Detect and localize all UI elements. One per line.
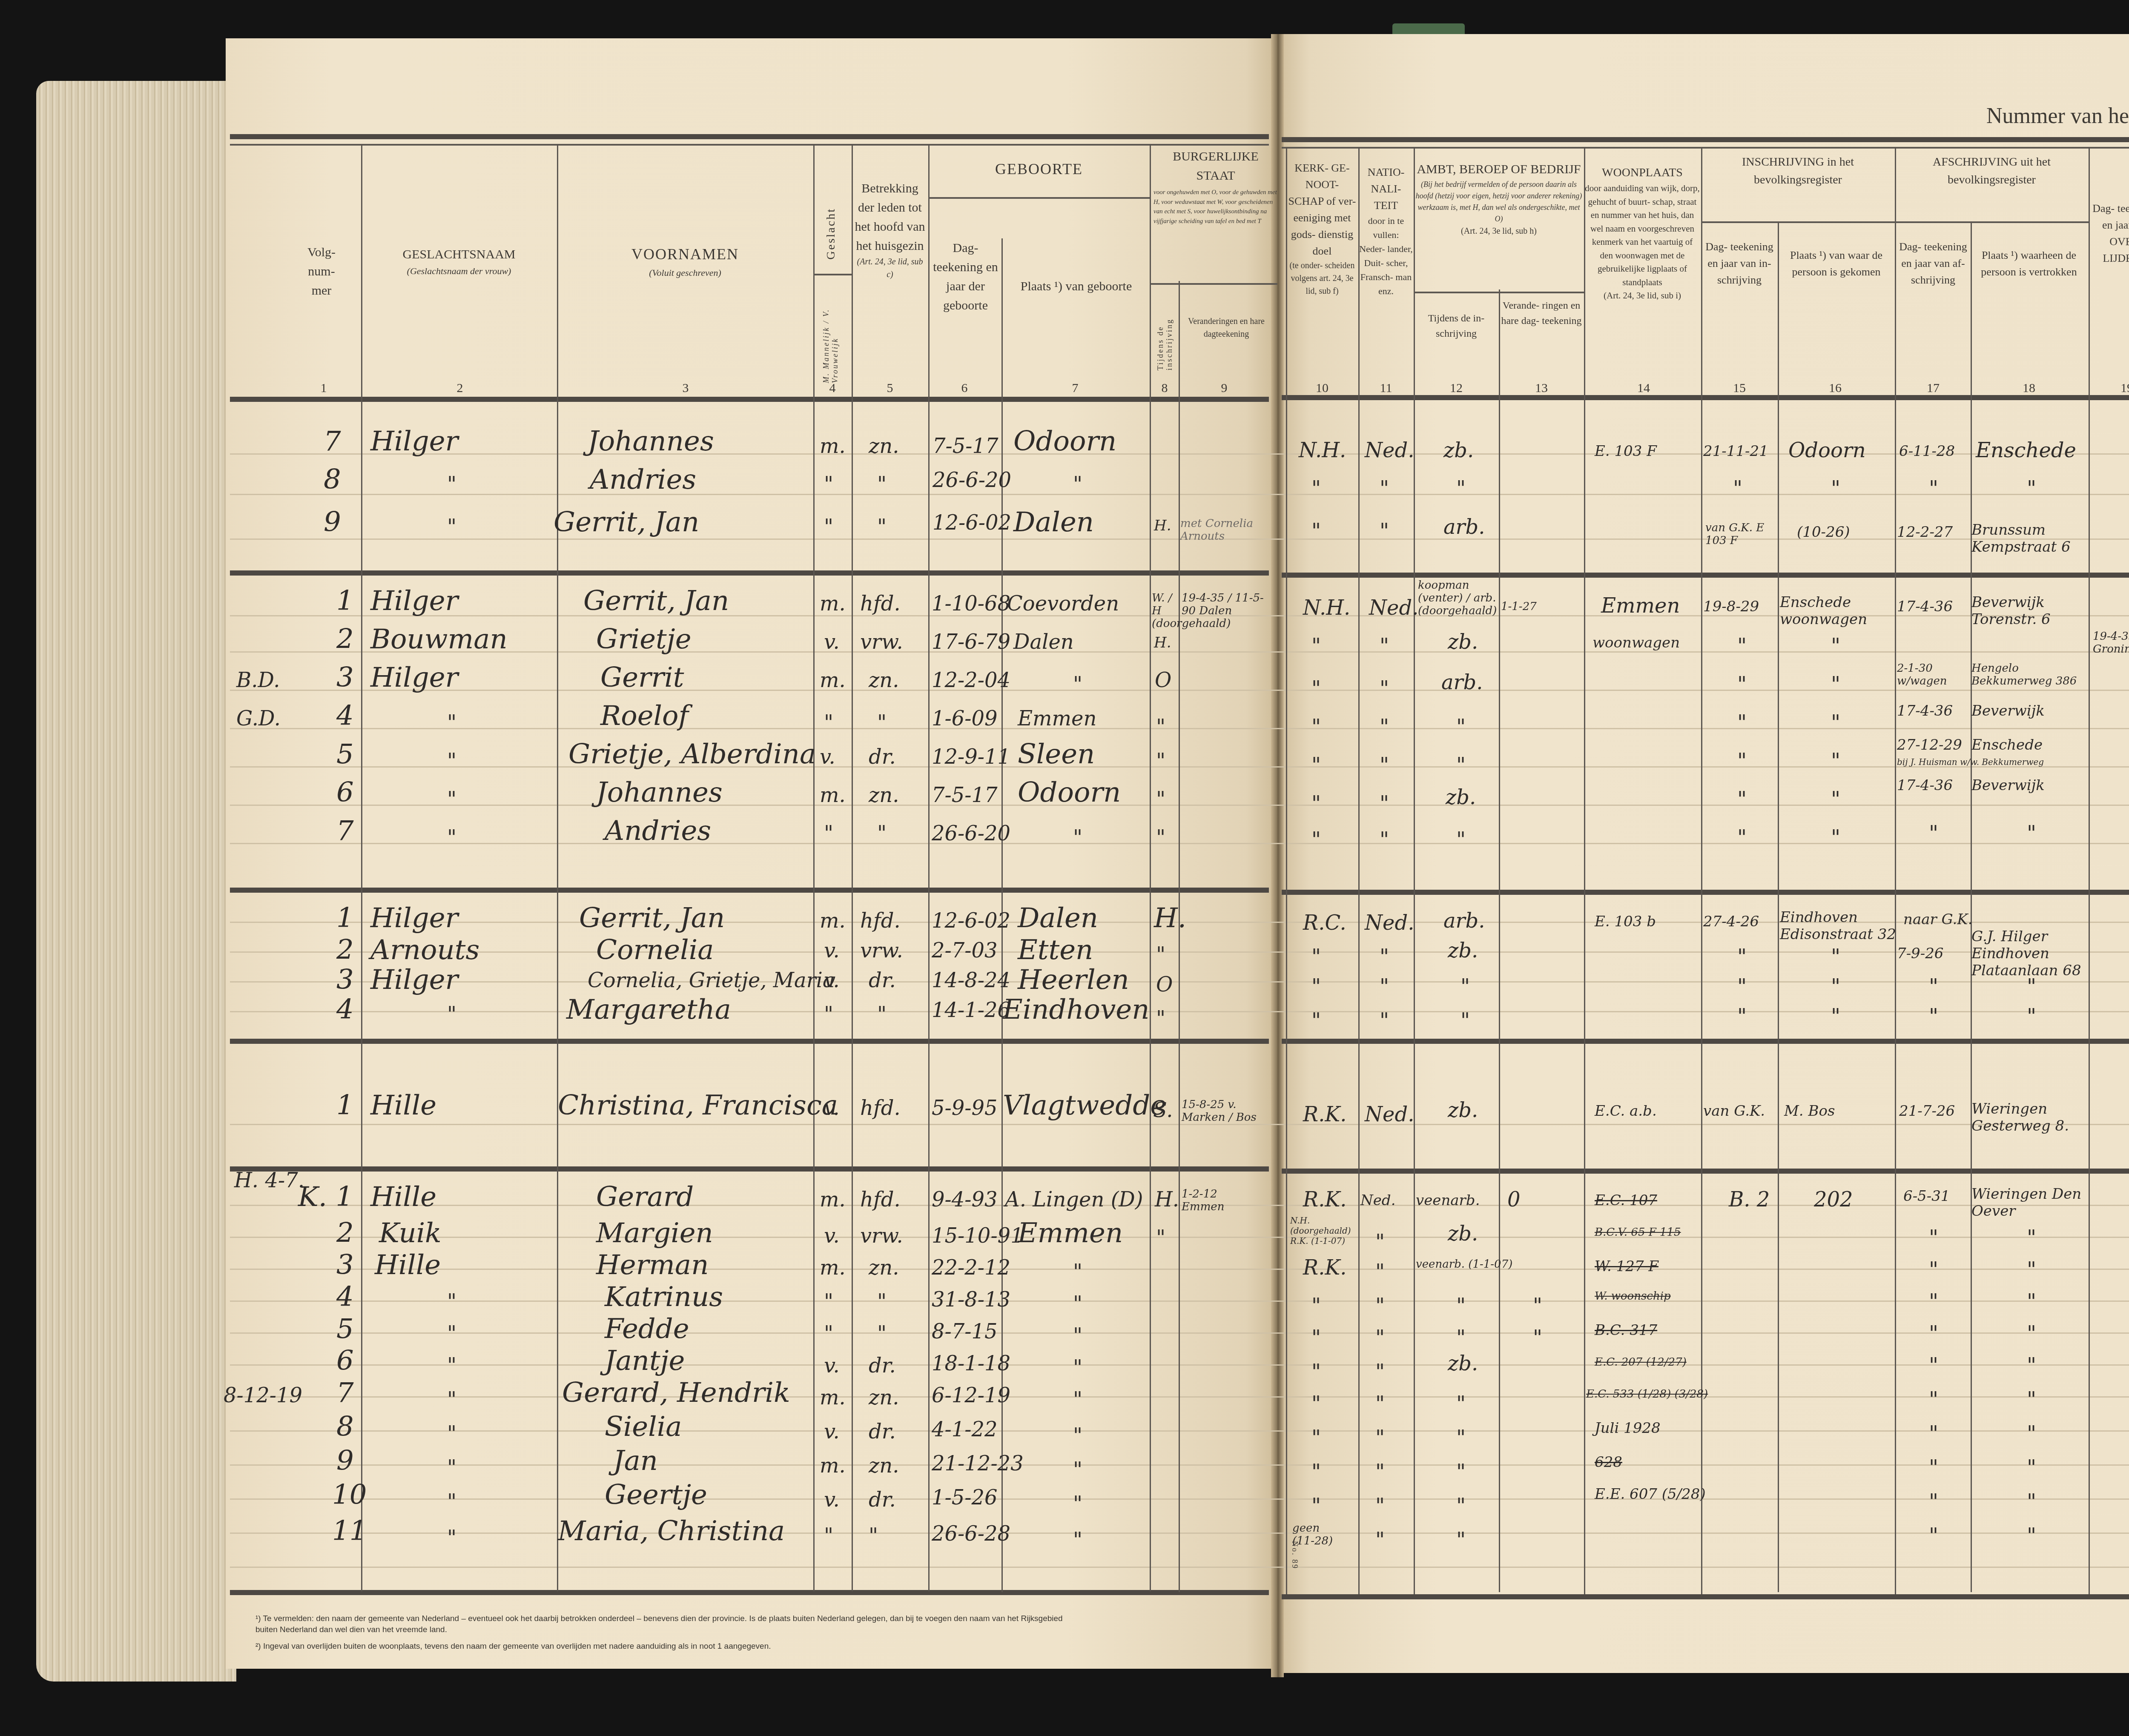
sex: v. (820, 745, 835, 769)
row-nr: 4 (336, 700, 354, 732)
col-divider (813, 144, 815, 1591)
top-rule-right-thin (1282, 147, 2129, 149)
birth-place: Coevorden (1007, 592, 1119, 616)
nationality: " (1380, 634, 1389, 658)
family-separator (230, 1166, 1269, 1172)
came-from: " (1831, 826, 1840, 850)
col-number: 13 (1533, 381, 1550, 395)
came-from: " (1831, 749, 1840, 773)
civil-status: H. (1154, 902, 1186, 934)
row-nr: 6 (336, 777, 354, 808)
given-names: Katrinus (605, 1281, 723, 1313)
col-number: 8 (1156, 381, 1173, 395)
registration-date: " (1737, 711, 1747, 735)
relation: vrw. (860, 1224, 903, 1248)
registration-date: " (1737, 634, 1747, 658)
came-from: " (1831, 975, 1840, 999)
occupation: " (1456, 715, 1466, 739)
civil-status: W. / H (doorgehaald) (1152, 592, 1177, 630)
given-names: Jan (613, 1445, 658, 1477)
nationality: " (1380, 975, 1389, 999)
occupation: " (1456, 828, 1466, 852)
residence: B.C.V. 65 F 115 (1595, 1226, 1681, 1239)
occupation: zb. (1448, 1222, 1478, 1246)
nationality: " (1375, 1494, 1385, 1518)
col-divider (2089, 147, 2090, 1594)
header-inschrijving-group: INSCHRIJVING in het bevolkingsregister (1701, 153, 1895, 189)
row-nr: 7 (324, 426, 341, 457)
birth-place: " (1073, 1424, 1082, 1448)
row-nr: 2 (336, 934, 354, 966)
deregistration-date: " (1929, 1322, 1938, 1346)
birth-date: 12-2-04 (932, 668, 1010, 692)
col-divider (557, 144, 558, 1591)
row-nr: 9 (324, 507, 341, 538)
occupation: zb. (1443, 438, 1474, 462)
deregistration-date: 6-5-31 (1903, 1188, 1950, 1205)
civil-status: S. (1153, 1098, 1173, 1122)
col-divider (1971, 221, 1972, 1592)
occupation-change: " (1533, 1294, 1542, 1318)
residence: E. 103 F (1595, 443, 1657, 460)
moved-to: " (2027, 1226, 2036, 1250)
came-from: M. Bos (1784, 1103, 1835, 1120)
row-nr: 9 (336, 1445, 354, 1477)
given-names: Grietje (596, 624, 691, 655)
col-divider (1701, 147, 1702, 1594)
deregistration-date: " (1929, 1226, 1938, 1250)
civil-status: " (1156, 1226, 1165, 1250)
given-names: Andries (590, 464, 696, 496)
birth-date: 22-2-12 (932, 1256, 1010, 1280)
sex: v. (824, 1488, 840, 1512)
surname: " (447, 1388, 456, 1412)
moved-to: " (2027, 822, 2036, 845)
sex: " (824, 822, 833, 845)
sex: v. (824, 1354, 840, 1378)
religion: " (1311, 1294, 1321, 1318)
religion: geen (11-28) (1292, 1522, 1339, 1547)
col-number: 18 (2020, 381, 2037, 395)
group-rule (813, 274, 852, 275)
col-number: 7 (1067, 381, 1084, 395)
birth-place: Vlagtwedde (1003, 1090, 1166, 1121)
given-names: Andries (605, 815, 711, 847)
occupation: zb. (1448, 630, 1478, 654)
birth-place: Dalen (1013, 507, 1094, 538)
residence: Emmen (1601, 594, 1680, 618)
col-number: 16 (1827, 381, 1844, 395)
surname: " (447, 788, 456, 811)
occupation: " (1456, 1294, 1466, 1318)
col-number: 15 (1731, 381, 1748, 395)
col-number: 10 (1314, 381, 1331, 395)
given-names: Gerard, Hendrik (562, 1377, 790, 1409)
birth-place: Odoorn (1013, 426, 1116, 457)
moved-to: " (2027, 975, 2036, 999)
row-nr: 11 (332, 1515, 367, 1547)
birth-place: A. Lingen (D) (1005, 1188, 1143, 1212)
birth-place: Emmen (1018, 1217, 1123, 1249)
relation: zn. (869, 434, 899, 458)
occupation: " (1456, 1326, 1466, 1350)
occupation: arb. (1443, 515, 1485, 539)
relation: zn. (869, 1454, 899, 1478)
col-divider (1179, 281, 1180, 1592)
row-nr: K. 1 (298, 1181, 353, 1213)
came-from: " (1831, 1005, 1840, 1028)
open-register-book: Nummer van het blad (0, 0, 2129, 1736)
surname: " (447, 749, 456, 773)
moved-to: Beverwijk (1971, 702, 2045, 719)
relation: zn. (869, 1256, 899, 1280)
religion: R.K. (1303, 1188, 1347, 1212)
header-afschrijving-datum: Dag- teekening en jaar van af- schrijvin… (1897, 238, 1969, 288)
moved-to: Enschede (1971, 736, 2043, 753)
moved-to: " (2027, 1005, 2036, 1028)
registration-date: " (1737, 673, 1747, 696)
civil-status: H. (1154, 517, 1171, 534)
col-divider (361, 144, 362, 1591)
family-separator (230, 888, 1269, 893)
occupation: " (1456, 1460, 1466, 1484)
residence: W. woonschip (1595, 1290, 1671, 1303)
sex: v. (824, 1224, 840, 1248)
civil-status: O (1156, 973, 1173, 997)
registration-date: " (1737, 788, 1747, 811)
registration-date: B. 2 (1729, 1188, 1770, 1212)
surname: Hille (375, 1249, 441, 1281)
moved-to: " (2027, 1388, 2036, 1412)
registration-date: 21-11-21 (1703, 443, 1768, 460)
religion: N.H. (1299, 438, 1346, 462)
col-divider (852, 144, 853, 1591)
occupation: " (1456, 1494, 1466, 1518)
footnote-1: ¹) Te vermelden: den naam der gemeente v… (255, 1613, 1086, 1635)
occupation: " (1456, 753, 1466, 777)
row-nr: 8 (324, 464, 341, 496)
relation: vrw. (860, 630, 903, 654)
birth-date: 2-7-03 (932, 939, 998, 963)
occupation: arb. (1443, 909, 1485, 933)
relation: " (877, 1003, 887, 1026)
row-nr: 5 (336, 1313, 354, 1345)
bottom-rule-left (230, 1590, 1269, 1595)
birth-place: Emmen (1018, 707, 1096, 730)
header-voornamen: VOORNAMEN(Voluit geschreven) (557, 243, 813, 280)
occupation: arb. (1441, 670, 1483, 694)
residence: W. 127 F (1595, 1258, 1658, 1275)
occupation-change: 0 (1507, 1188, 1521, 1212)
birth-date: 17-6-79 (932, 630, 1010, 654)
birth-place: Dalen (1013, 630, 1074, 654)
top-rule-right (1282, 137, 2129, 142)
col-divider (1286, 147, 1287, 1594)
birth-date: 12-6-02 (932, 909, 1010, 933)
given-names: Herman (596, 1249, 709, 1281)
given-names: Margien (596, 1217, 713, 1249)
birth-date: 1-10-68 (932, 592, 1010, 616)
col-number: 6 (956, 381, 973, 395)
registration-date: " (1737, 975, 1747, 999)
header-afschrijving-group: AFSCHRIJVING uit het bevolkingsregister (1895, 153, 2089, 189)
birth-date: 7-5-17 (932, 783, 998, 807)
header-inschrijving-plaats: Plaats ¹) van waar de persoon is gekomen (1780, 247, 1893, 280)
birth-date: 1-6-09 (932, 707, 998, 730)
religion: " (1311, 1494, 1321, 1518)
relation: zn. (869, 1386, 899, 1409)
occupation-change: " (1533, 1326, 1542, 1350)
given-names: Gerrit (600, 662, 684, 693)
residence: E.C. a.b. (1595, 1103, 1657, 1120)
margin-note: B.D. (236, 668, 280, 692)
header-kerkgenootschap: KERK- GE- NOOT- SCHAP of ver- eeniging m… (1287, 160, 1357, 298)
nationality: " (1375, 1294, 1385, 1318)
occupation: veenarb. (1416, 1192, 1480, 1209)
moved-to: " (2027, 1456, 2036, 1480)
sex: m. (820, 1188, 846, 1212)
civil-status: " (1156, 715, 1165, 739)
moved-to: Beverwijk Torenstr. 6 (1971, 594, 2082, 628)
sex: " (824, 473, 833, 496)
row-nr: 1 (336, 902, 354, 934)
group-rule (1414, 292, 1584, 293)
relation: " (877, 822, 887, 845)
page-title: Nummer van het blad (1986, 103, 2129, 129)
nationality: Ned. (1365, 438, 1414, 462)
deregistration-date: 7-9-26 (1897, 945, 1944, 962)
sex: " (824, 1003, 833, 1026)
relation: hfd. (860, 1096, 901, 1120)
family-separator (230, 1039, 1269, 1044)
nationality: " (1380, 828, 1389, 852)
nationality: " (1380, 1009, 1389, 1033)
header-geboorte-plaats: Plaats ¹) van geboorte (1003, 277, 1150, 296)
occupation: zb. (1448, 1098, 1478, 1122)
surname: Hilger (370, 662, 458, 693)
col-divider (1895, 147, 1896, 1594)
birth-date: 15-10-91 (932, 1224, 1024, 1248)
row-nr: 7 (336, 815, 354, 847)
birth-date: 12-9-11 (932, 745, 1010, 769)
deregistration-date: 2-1-30 w/wagen (1897, 662, 1969, 688)
deregistration-date: " (1929, 1422, 1938, 1446)
birth-place: " (1073, 1388, 1082, 1412)
relation: dr. (869, 1420, 896, 1444)
relation: " (877, 473, 887, 496)
nationality: " (1375, 1460, 1385, 1484)
nationality: " (1380, 677, 1389, 701)
header-ambt-veranderingen: Verande- ringen en hare dag- teekening (1501, 298, 1582, 329)
deregistration-date: " (1929, 1524, 1938, 1548)
residence: E.C. 533 (1/28) (3/28) (1586, 1388, 1708, 1401)
civil-status: " (1156, 1007, 1165, 1031)
residence: woonwagen (1592, 634, 1680, 651)
religion: " (1311, 945, 1321, 969)
row-nr: 8 (336, 1411, 354, 1443)
row-nr: 4 (336, 1281, 354, 1313)
birth-date: 26-6-20 (932, 822, 1010, 845)
given-names: Gerrit, Jan (554, 507, 699, 538)
religion: " (1311, 753, 1321, 777)
deregistration-date: 17-4-36 (1897, 777, 1953, 794)
moved-to: Eindhoven Plataanlaan 68 (1971, 945, 2086, 979)
footnote-2: ²) Ingeval van overlijden buiten de woon… (255, 1641, 1086, 1652)
occupation: " (1456, 477, 1466, 501)
header-inschrijving-datum: Dag- teekening en jaar van in- schrijvin… (1703, 238, 1776, 288)
given-names: Gerrit, Jan (579, 902, 725, 934)
registration-date: van G.K. E 103 F (1705, 521, 1773, 547)
birth-place: " (1073, 1492, 1082, 1516)
given-names: Johannes (596, 777, 723, 808)
birth-date: 5-9-95 (932, 1096, 998, 1120)
header-geslacht: Geslacht (824, 162, 838, 260)
group-rule (1701, 221, 2089, 223)
given-names: Johannes (588, 426, 714, 457)
given-names: Cornelia (596, 934, 714, 966)
deregistration-date: 21-7-26 (1899, 1103, 1955, 1120)
deregistration-date: 17-4-36 (1897, 598, 1953, 615)
civil-status: " (1156, 788, 1165, 811)
birth-date: 6-12-19 (932, 1384, 1010, 1407)
birth-date: 9-4-93 (932, 1188, 998, 1212)
civil-status: " (1156, 826, 1165, 850)
birth-place: " (1073, 1260, 1082, 1284)
religion: " (1311, 477, 1321, 501)
col-divider (1778, 221, 1779, 1592)
birth-date: 1-5-26 (932, 1486, 998, 1510)
row-nr: 5 (336, 739, 354, 770)
surname: " (447, 1526, 456, 1550)
nationality: " (1375, 1426, 1385, 1450)
civil-status-change: 19-4-35 / 11-5-90 Dalen (1182, 592, 1271, 617)
religion: R.C. (1303, 911, 1346, 935)
surname: Kuik (379, 1217, 442, 1249)
given-names: Geertje (605, 1479, 707, 1511)
birth-place: " (1073, 473, 1082, 496)
col-number: 1 (315, 381, 332, 395)
religion: " (1311, 792, 1321, 816)
sex: " (824, 711, 833, 735)
occupation: koopman (venter) / arb. (doorgehaald) (1418, 579, 1499, 617)
sex: v. (824, 630, 840, 654)
nationality: " (1380, 945, 1389, 969)
civil-status-change: 15-8-25 v. Marken / Bos (1182, 1098, 1273, 1124)
birth-date: 31-8-13 (932, 1288, 1010, 1312)
residence: E.E. 607 (5/28) (1595, 1486, 1706, 1503)
death-date: 19-4-35 Groningen (2093, 630, 2129, 656)
given-names: Sielia (605, 1411, 682, 1443)
col-number: 3 (677, 381, 694, 395)
relation: hfd. (860, 909, 901, 933)
sex: " (824, 1524, 833, 1548)
margin-note: 8-12-19 (224, 1384, 302, 1407)
religion: N.H. (doorgehaald) R.K. (1-1-07) (1290, 1215, 1354, 1246)
birth-date: 8-7-15 (932, 1320, 998, 1344)
moved-to: " (2027, 1258, 2036, 1282)
col-number: 11 (1377, 381, 1394, 395)
came-from: " (1831, 711, 1840, 735)
residence: E.C. 207 (12/27) (1595, 1356, 1687, 1369)
came-from: (10-26) (1797, 524, 1850, 541)
given-names: Gerrit, Jan (583, 585, 729, 617)
sex: v. (824, 968, 840, 992)
given-names: Grietje, Alberdina (568, 739, 816, 770)
nationality: " (1375, 1326, 1385, 1350)
religion: " (1311, 677, 1321, 701)
occupation: " (1456, 1392, 1466, 1416)
col-divider (1150, 144, 1151, 1591)
surname: Arnouts (370, 934, 479, 966)
registration-date: " (1737, 826, 1747, 850)
registration-date: van G.K. (1703, 1103, 1765, 1120)
civil-status: H. (1154, 634, 1171, 651)
surname: Hilger (370, 964, 458, 996)
deregistration-date: " (1929, 1258, 1938, 1282)
deregistration-date: " (1929, 1388, 1938, 1412)
birth-date: 18-1-18 (932, 1352, 1010, 1375)
bottom-rule-right (1282, 1594, 2129, 1599)
religion: " (1311, 1460, 1321, 1484)
birth-place: " (1073, 1528, 1082, 1552)
sex: v. (824, 1420, 840, 1444)
margin-note: H. 4-7. (234, 1169, 304, 1192)
came-from: 202 (1814, 1188, 1853, 1212)
group-rule (1150, 283, 1277, 285)
moved-to: G.J. Hilger (1971, 928, 2048, 945)
header-bottom-rule-left (230, 397, 1269, 402)
row-nr: 3 (336, 964, 354, 996)
occupation: " (1460, 975, 1470, 999)
birth-place: " (1073, 826, 1082, 850)
col-number: 4 (824, 381, 841, 395)
registration-date: " (1737, 945, 1747, 969)
occupation: " (1460, 1009, 1470, 1033)
birth-place: Odoorn (1018, 777, 1121, 808)
header-burgerlijke-staat: BURGERLIJKE STAATvoor ongehuwden met O, … (1152, 147, 1280, 229)
relation: vrw. (860, 939, 903, 963)
religion: " (1311, 828, 1321, 852)
row-nr: 1 (336, 585, 354, 617)
occupation-change: 1-1-27 (1501, 600, 1537, 613)
row-nr: 3 (336, 662, 354, 693)
moved-to: Hengelo Bekkumerweg 386 (1971, 662, 2086, 688)
came-from: " (1831, 673, 1840, 696)
nationality: " (1375, 1528, 1385, 1552)
deregistration-date: 6-11-28 (1899, 443, 1955, 460)
sex: m. (820, 592, 846, 616)
relation: " (877, 1322, 887, 1346)
sex: " (824, 1322, 833, 1346)
birth-date: 26-6-28 (932, 1522, 1010, 1546)
birth-place: Etten (1018, 934, 1093, 966)
relation: dr. (869, 1354, 896, 1378)
nationality: " (1375, 1360, 1385, 1384)
nationality: " (1375, 1260, 1385, 1284)
sex: m. (820, 1256, 846, 1280)
surname: " (447, 515, 456, 539)
occupation: " (1456, 1426, 1466, 1450)
deregistration-date: " (1929, 1490, 1938, 1514)
given-names: Christina, Francisca (558, 1090, 838, 1121)
deregistration-date: " (1929, 822, 1938, 845)
relation: " (877, 515, 887, 539)
birth-date: 14-8-24 (932, 968, 1010, 992)
deregistration-note: bij J. Huisman w/w. Bekkumerweg (1897, 757, 2044, 767)
religion: N.H. (1303, 596, 1350, 620)
surname: " (447, 1003, 456, 1026)
religion: " (1311, 1009, 1321, 1033)
